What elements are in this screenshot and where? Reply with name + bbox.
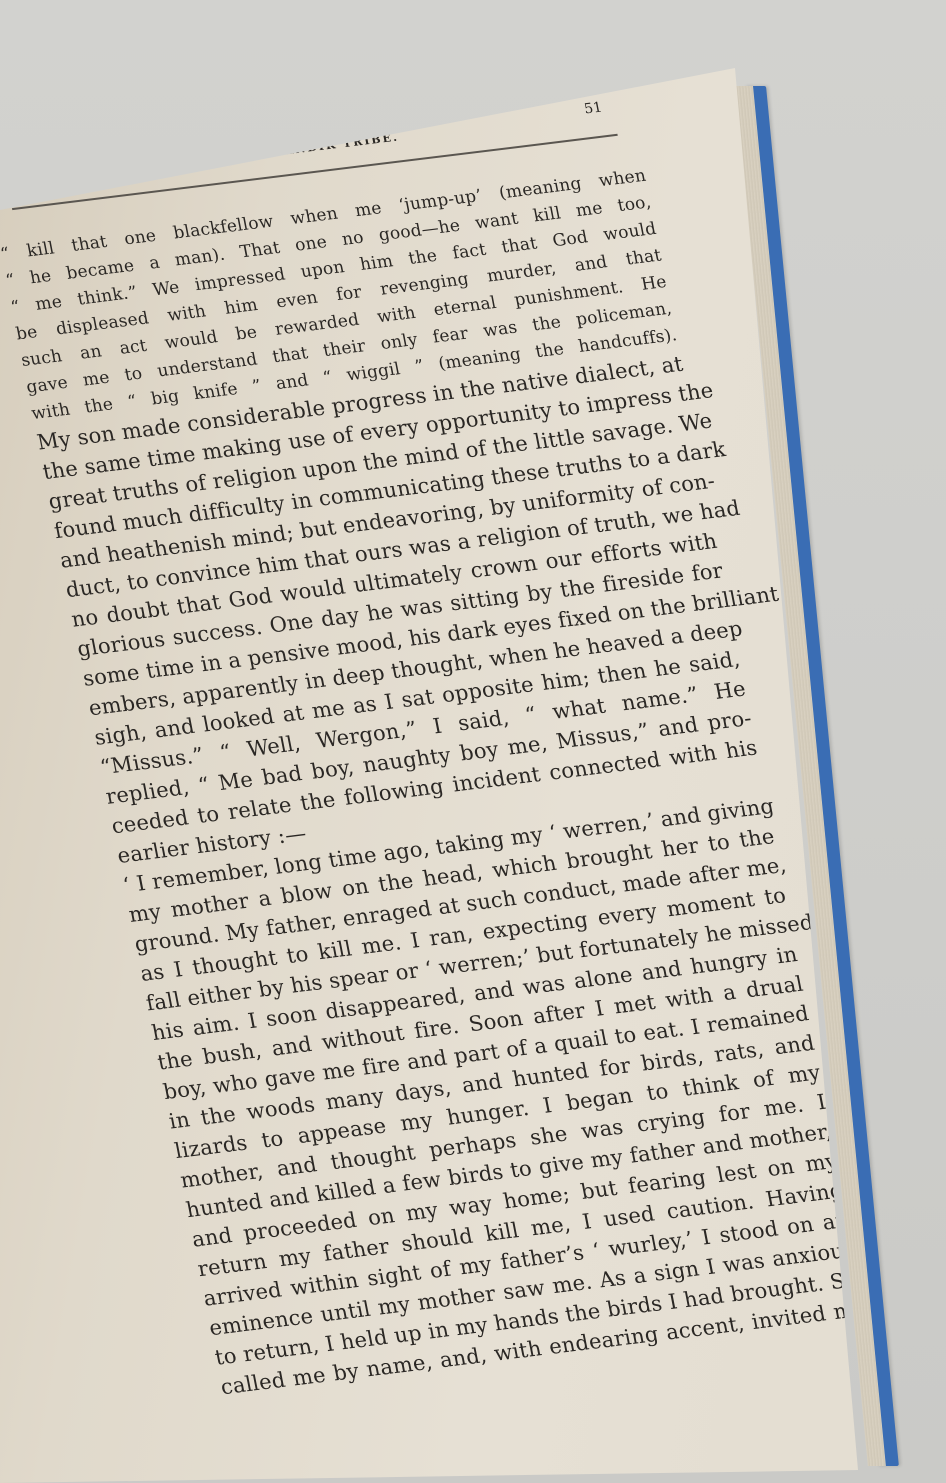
body-text: “ kill that one blackfellow when me ‘jum… xyxy=(0,162,879,1405)
photo-scene: THE BOOANDIK TRIBE. 51 “ kill that one b… xyxy=(0,0,946,1483)
text-block: THE BOOANDIK TRIBE. 51 “ kill that one b… xyxy=(0,67,879,1405)
page-number: 51 xyxy=(583,100,604,118)
